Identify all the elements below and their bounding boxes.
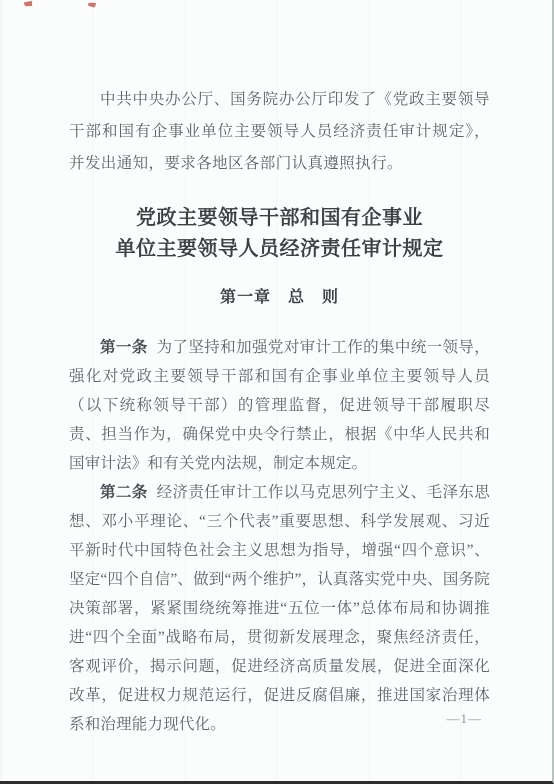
page-number: —1—: [447, 711, 483, 727]
document-title-line-2: 单位主要领导人员经济责任审计规定: [69, 234, 490, 265]
document-title: 党政主要领导干部和国有企事业 单位主要领导人员经济责任审计规定: [69, 203, 490, 265]
article-2-text: 经济责任审计工作以马克思列宁主义、毛泽东思想、邓小平理论、“三个代表”重要思想、…: [69, 484, 490, 733]
document-title-line-1: 党政主要领导干部和国有企事业: [69, 203, 490, 234]
red-pen-mark-icon: [23, 0, 33, 8]
article-1-label: 第一条: [100, 339, 148, 356]
document-content: 中共中央办公厅、国务院办公厅印发了《党政主要领导干部和国有企事业单位主要领导人员…: [69, 0, 490, 739]
scanned-document-page: 中共中央办公厅、国务院办公厅印发了《党政主要领导干部和国有企事业单位主要领导人员…: [0, 0, 554, 784]
article-2-label: 第二条: [100, 484, 148, 501]
article-1: 第一条为了坚持和加强党对审计工作的集中统一领导，强化对党政主要领导干部和国有企事…: [69, 333, 490, 478]
intro-paragraph: 中共中央办公厅、国务院办公厅印发了《党政主要领导干部和国有企事业单位主要领导人员…: [69, 84, 490, 180]
chapter-heading: 第一章 总 则: [69, 284, 490, 307]
article-2: 第二条经济责任审计工作以马克思列宁主义、毛泽东思想、邓小平理论、“三个代表”重要…: [69, 478, 490, 739]
article-1-text: 为了坚持和加强党对审计工作的集中统一领导，强化对党政主要领导干部和国有企事业单位…: [69, 339, 490, 472]
